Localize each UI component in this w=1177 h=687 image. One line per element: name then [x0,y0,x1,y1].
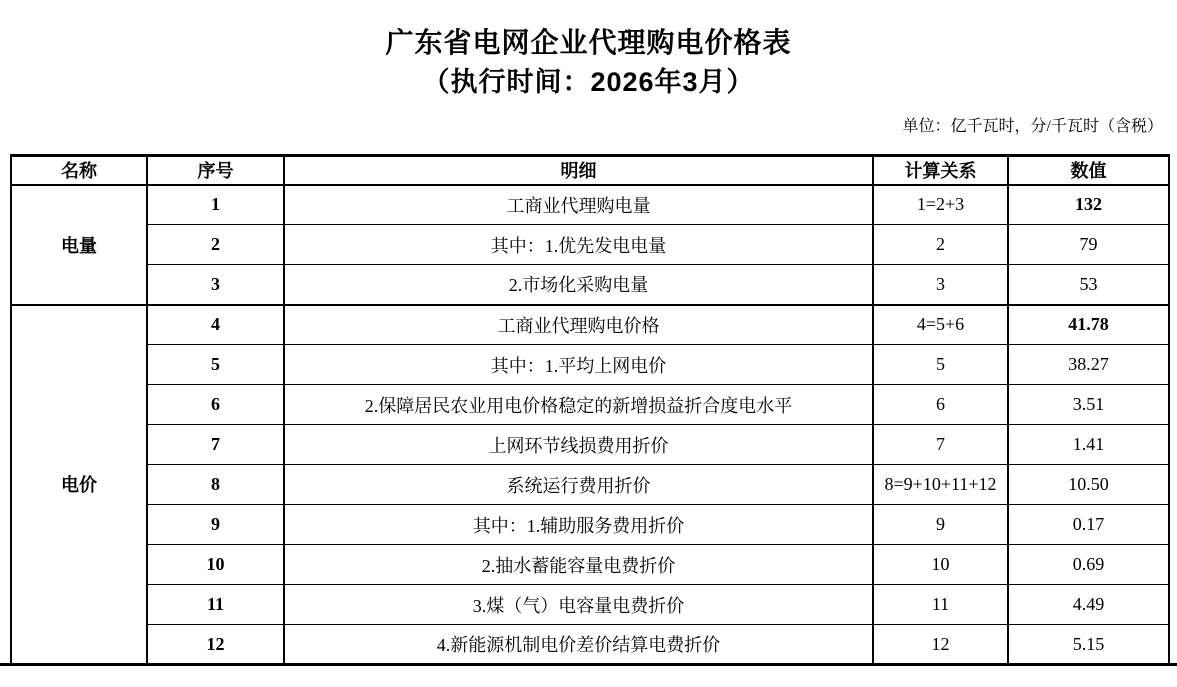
section-label-electricity-volume: 电量 [11,185,147,305]
cell-relation-8: 8=9+10+11+12 [873,465,1008,505]
cell-relation-3: 3 [873,265,1008,305]
table-row: 5 其中：1.平均上网电价 5 38.27 [11,345,1169,385]
page-title: 广东省电网企业代理购电价格表 [0,0,1177,62]
cell-relation-10: 10 [873,545,1008,585]
cell-detail-1: 工商业代理购电量 [284,185,873,225]
table-row: 11 3.煤（气）电容量电费折价 11 4.49 [11,585,1169,625]
cell-seq-7: 7 [147,425,284,465]
cell-relation-12: 12 [873,625,1008,665]
cell-relation-7: 7 [873,425,1008,465]
cell-relation-2: 2 [873,225,1008,265]
section-label-electricity-price: 电价 [11,305,147,665]
header-value: 数值 [1008,156,1169,185]
cell-detail-3: 2.市场化采购电量 [284,265,873,305]
table-row: 2 其中：1.优先发电电量 2 79 [11,225,1169,265]
cell-seq-11: 11 [147,585,284,625]
header-relation: 计算关系 [873,156,1008,185]
cell-detail-12: 4.新能源机制电价差价结算电费折价 [284,625,873,665]
cell-value-10: 0.69 [1008,545,1169,585]
cell-value-9: 0.17 [1008,505,1169,545]
cell-detail-5: 其中：1.平均上网电价 [284,345,873,385]
table-row: 9 其中：1.辅助服务费用折价 9 0.17 [11,505,1169,545]
cell-seq-8: 8 [147,465,284,505]
cell-value-7: 1.41 [1008,425,1169,465]
cell-seq-2: 2 [147,225,284,265]
price-table-wrapper: 名称 序号 明细 计算关系 数值 电量 1 工商业代理购电量 1=2+3 132… [10,154,1168,666]
cell-seq-12: 12 [147,625,284,665]
cell-detail-11: 3.煤（气）电容量电费折价 [284,585,873,625]
cell-seq-5: 5 [147,345,284,385]
cell-seq-3: 3 [147,265,284,305]
cell-seq-9: 9 [147,505,284,545]
cell-relation-11: 11 [873,585,1008,625]
cell-relation-5: 5 [873,345,1008,385]
table-row: 10 2.抽水蓄能容量电费折价 10 0.69 [11,545,1169,585]
cell-value-5: 38.27 [1008,345,1169,385]
table-row: 8 系统运行费用折价 8=9+10+11+12 10.50 [11,465,1169,505]
cell-value-12: 5.15 [1008,625,1169,665]
header-row: 名称 序号 明细 计算关系 数值 [11,156,1169,185]
cell-value-11: 4.49 [1008,585,1169,625]
cell-detail-9: 其中：1.辅助服务费用折价 [284,505,873,545]
cell-relation-4: 4=5+6 [873,305,1008,345]
header-name: 名称 [11,156,147,185]
cell-value-6: 3.51 [1008,385,1169,425]
cell-value-2: 79 [1008,225,1169,265]
cell-relation-6: 6 [873,385,1008,425]
cell-relation-1: 1=2+3 [873,185,1008,225]
cell-seq-6: 6 [147,385,284,425]
table-row: 6 2.保障居民农业用电价格稳定的新增损益折合度电水平 6 3.51 [11,385,1169,425]
price-table: 名称 序号 明细 计算关系 数值 电量 1 工商业代理购电量 1=2+3 132… [10,154,1170,666]
header-seq: 序号 [147,156,284,185]
document-page: 广东省电网企业代理购电价格表 （执行时间：2026年3月） 单位：亿千瓦时，分/… [0,0,1177,687]
cell-value-4: 41.78 [1008,305,1169,345]
table-row: 7 上网环节线损费用折价 7 1.41 [11,425,1169,465]
cell-value-8: 10.50 [1008,465,1169,505]
unit-note: 单位：亿千瓦时，分/千瓦时（含税） [0,116,1163,138]
table-row: 3 2.市场化采购电量 3 53 [11,265,1169,305]
cell-detail-2: 其中：1.优先发电电量 [284,225,873,265]
cell-relation-9: 9 [873,505,1008,545]
cell-detail-4: 工商业代理购电价格 [284,305,873,345]
page-subtitle: （执行时间：2026年3月） [0,62,1177,102]
table-row: 12 4.新能源机制电价差价结算电费折价 12 5.15 [11,625,1169,665]
cell-detail-6: 2.保障居民农业用电价格稳定的新增损益折合度电水平 [284,385,873,425]
cell-seq-4: 4 [147,305,284,345]
cell-detail-7: 上网环节线损费用折价 [284,425,873,465]
cell-detail-8: 系统运行费用折价 [284,465,873,505]
cell-seq-10: 10 [147,545,284,585]
cell-value-1: 132 [1008,185,1169,225]
cell-seq-1: 1 [147,185,284,225]
cell-detail-10: 2.抽水蓄能容量电费折价 [284,545,873,585]
cell-value-3: 53 [1008,265,1169,305]
table-row: 电价 4 工商业代理购电价格 4=5+6 41.78 [11,305,1169,345]
table-row: 电量 1 工商业代理购电量 1=2+3 132 [11,185,1169,225]
header-detail: 明细 [284,156,873,185]
